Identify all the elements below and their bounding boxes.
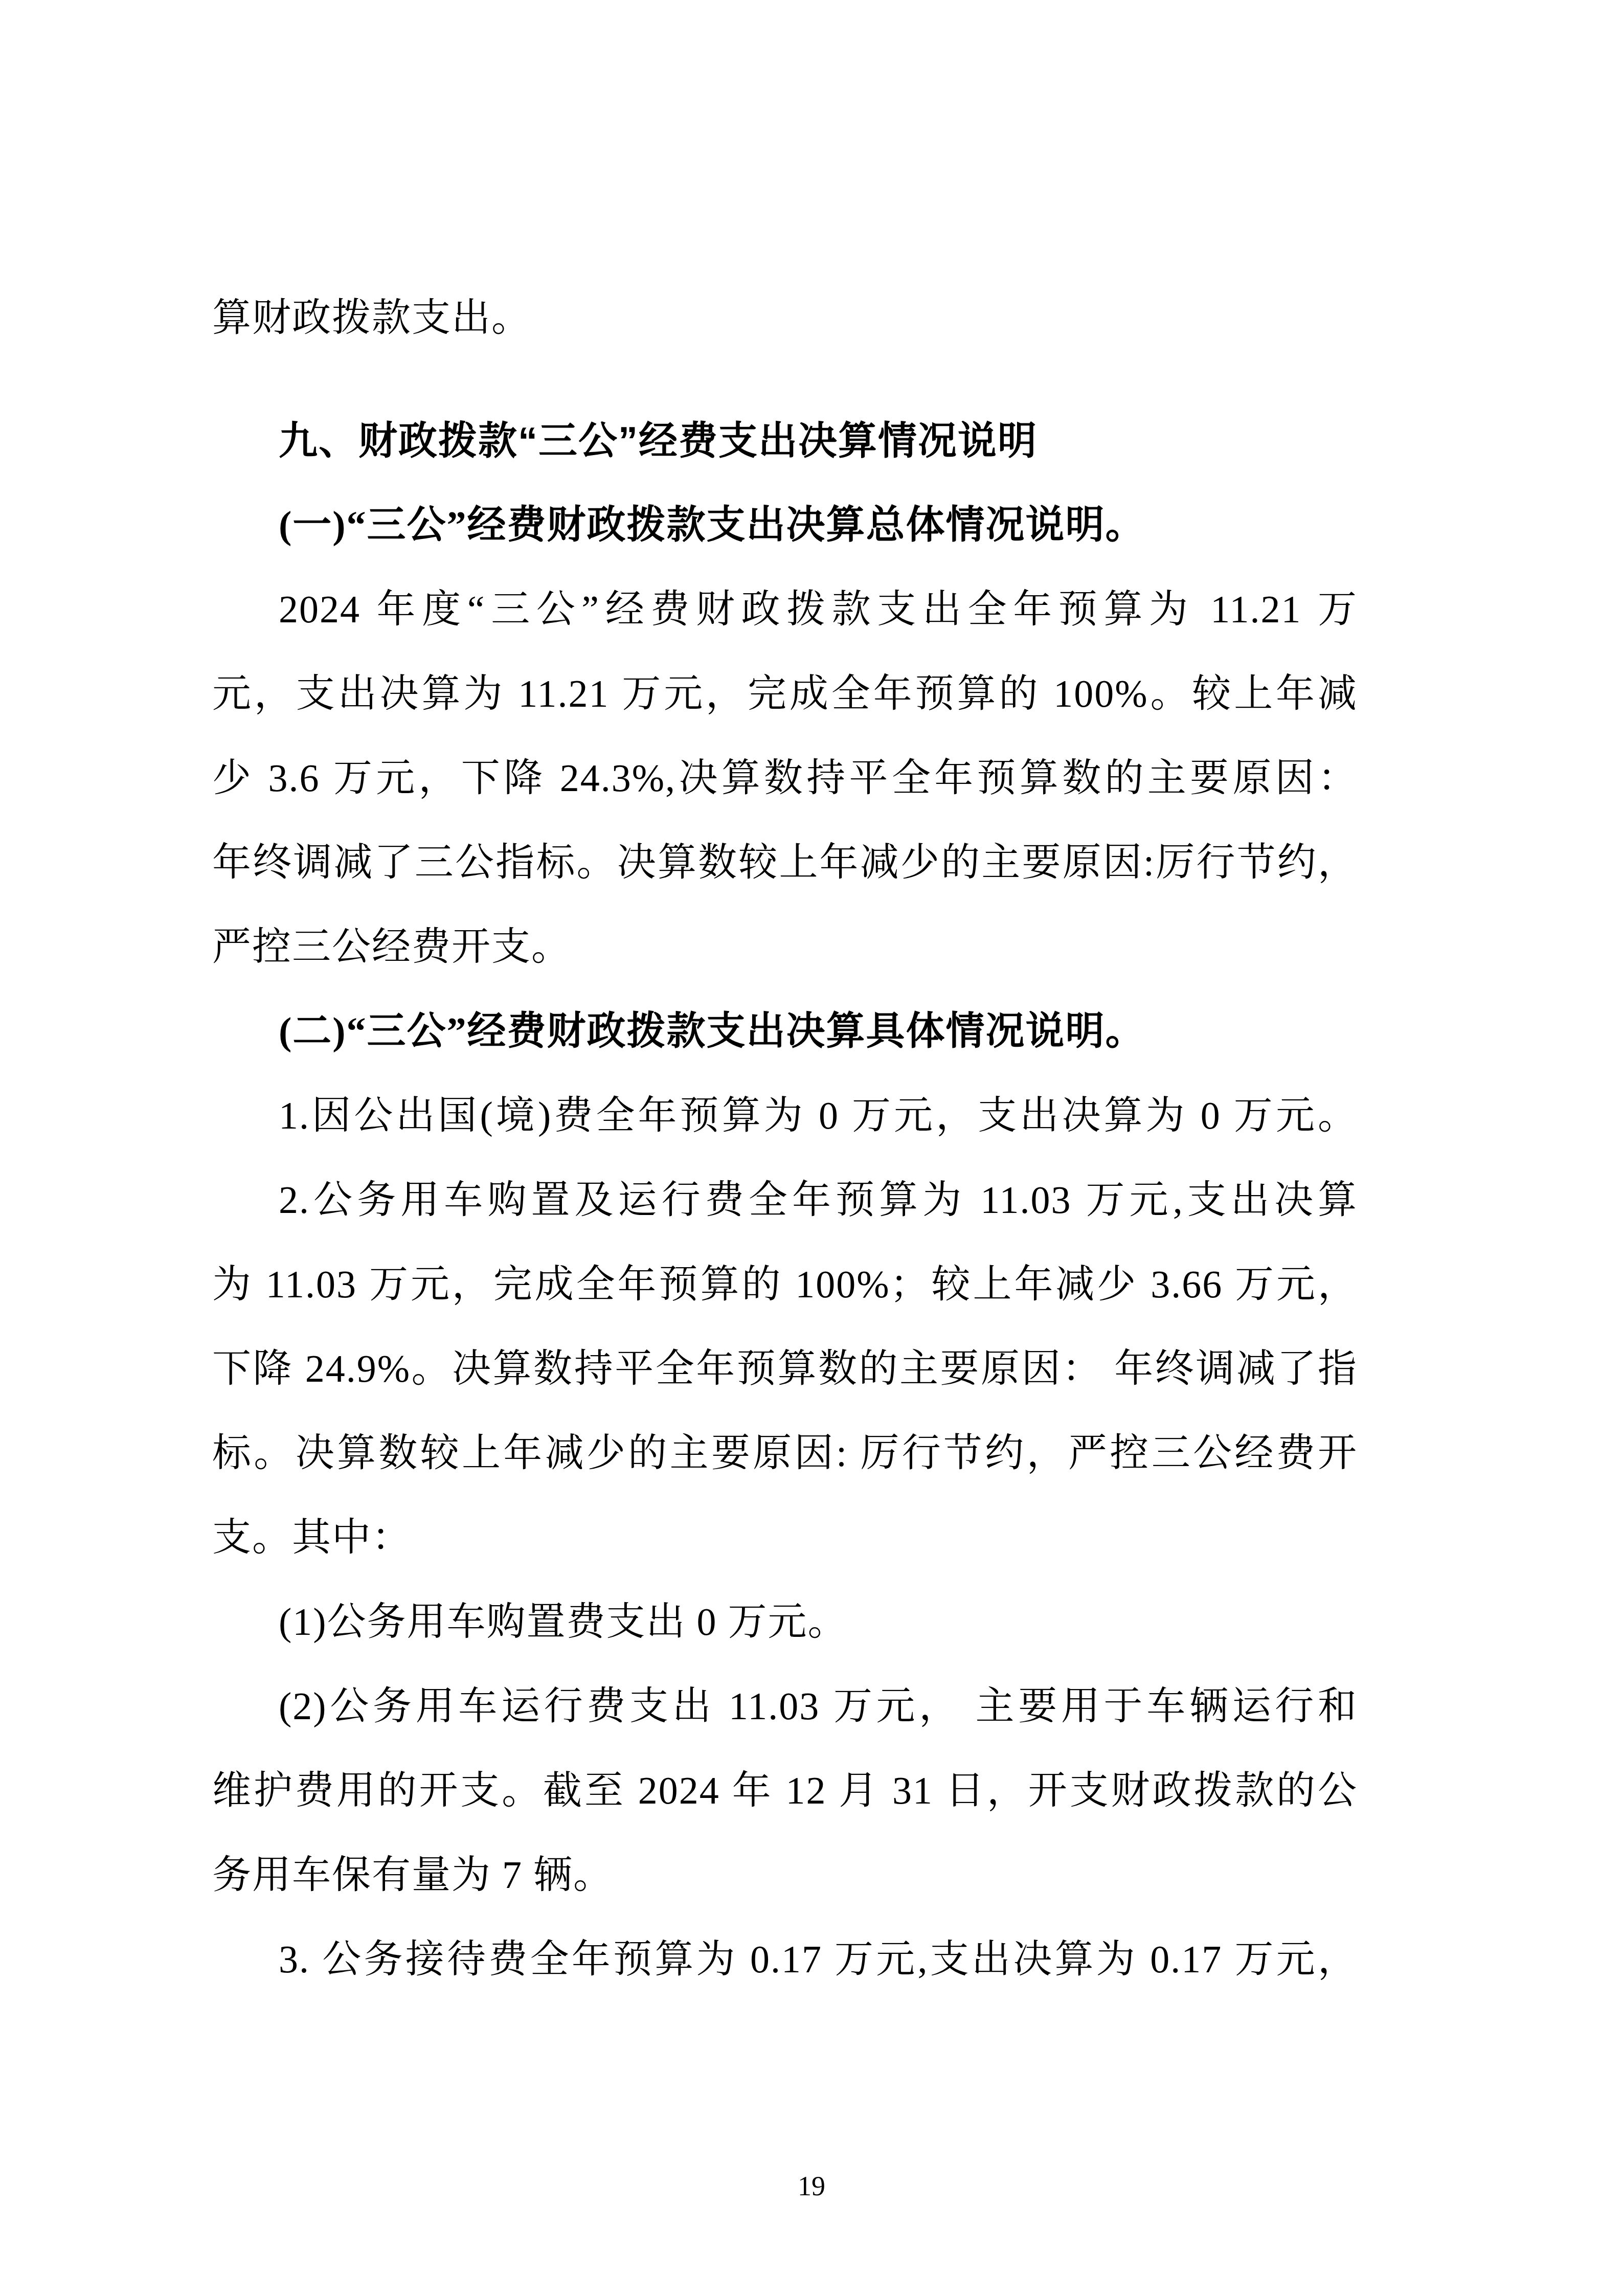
section-heading: 九、财政拨款“三公”经费支出决算情况说明 [212,399,1358,483]
text-line: 2.公务用车购置及运行费全年预算为 11.03 万元,支出决算 [212,1158,1358,1243]
page-number: 19 [0,2171,1623,2201]
text-line: (一)“三公”经费财政拨款支出决算总体情况说明。 [212,483,1358,568]
text-line: 元，支出决算为 11.21 万元，完成全年预算的 100%。较上年减 [212,652,1358,736]
text-line: 维护费用的开支。截至 2024 年 12 月 31 日，开支财政拨款的公 [212,1749,1358,1833]
text-line: 为 11.03 万元，完成全年预算的 100%；较上年减少 3.66 万元， [212,1243,1358,1327]
text-line: 算财政拨款支出。 [212,276,1358,361]
text-line: 少 3.6 万元，下降 24.3%,决算数持平全年预算数的主要原因： [212,736,1358,821]
text-line: 支。其中： [212,1496,1358,1580]
text-line: 1.因公出国(境)费全年预算为 0 万元，支出决算为 0 万元。 [212,1074,1358,1158]
text-line: (二)“三公”经费财政拨款支出决算具体情况说明。 [212,989,1358,1074]
text-line: 3. 公务接待费全年预算为 0.17 万元,支出决算为 0.17 万元， [212,1918,1358,2002]
text-line: 下降 24.9%。决算数持平全年预算数的主要原因： 年终调减了指 [212,1327,1358,1411]
text-line: 2024 年度“三公”经费财政拨款支出全年预算为 11.21 万 [212,568,1358,652]
text-line: 务用车保有量为 7 辆。 [212,1833,1358,1918]
text-line: (1)公务用车购置费支出 0 万元。 [212,1580,1358,1664]
text-line: 标。决算数较上年减少的主要原因: 厉行节约，严控三公经费开 [212,1411,1358,1496]
text-line: (2)公务用车运行费支出 11.03 万元， 主要用于车辆运行和 [212,1664,1358,1749]
document-body: 算财政拨款支出。九、财政拨款“三公”经费支出决算情况说明(一)“三公”经费财政拨… [212,276,1358,2002]
text-line: 年终调减了三公指标。决算数较上年减少的主要原因:厉行节约， [212,821,1358,905]
document-page: 算财政拨款支出。九、财政拨款“三公”经费支出决算情况说明(一)“三公”经费财政拨… [0,0,1623,2296]
text-line: 严控三公经费开支。 [212,905,1358,989]
